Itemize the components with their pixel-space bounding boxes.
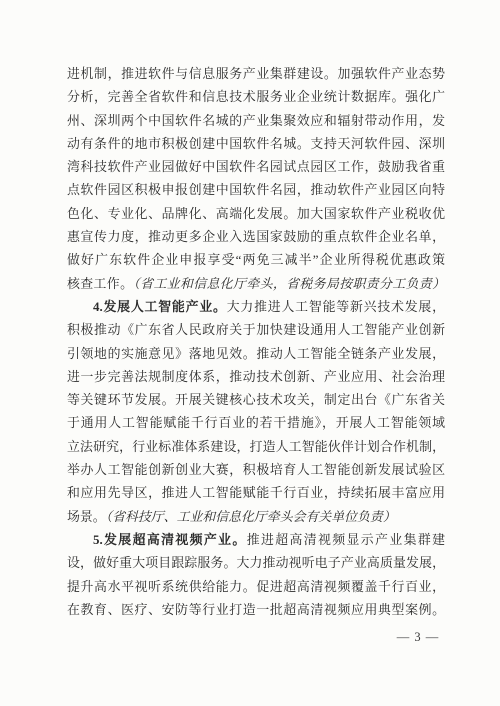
text-line: 州、深圳两个中国软件名城的产业集聚效应和辐射带动作用，发 [67,110,445,133]
body-text: 州、深圳两个中国软件名城的产业集聚效应和辐射带动作用，发 [67,114,445,128]
body-text: 设，做好重大项目跟踪服务。大力推动视听电子产业高质量发展， [67,556,445,570]
body-text: 做好广东软件企业申报享受“两免三减半”企业所得税优惠政策 [67,253,445,267]
body-text: 举办人工智能创新创业大赛，积极培育人工智能创新发展试验区 [67,463,445,477]
text-line: 做好广东软件企业申报享受“两免三减半”企业所得税优惠政策 [67,249,445,272]
text-line: 积极推动《广东省人民政府关于加快建设通用人工智能产业创新 [67,319,445,342]
body-text: 等关键环节发展。开展关键核心技术攻关，制定出台《广东省关 [67,393,445,407]
text-line: 设，做好重大项目跟踪服务。大力推动视听电子产业高质量发展， [67,552,445,575]
text-line: 湾科技软件产业园做好中国软件名园试点园区工作，鼓励我省重 [67,156,445,179]
responsible-unit-note: （省科技厅、工业和信息化厅牵头会有关单位负责） [106,510,396,524]
body-text: 和应用先导区，推进人工智能赋能千行百业，持续拓展丰富应用 [67,486,445,500]
text-line: 5.发展超高清视频产业。推进超高清视频显示产业集群建 [67,529,445,552]
body-text: 场景。 [67,510,106,524]
text-line: 进机制，推进软件与信息服务产业集群建设。加强软件产业态势 [67,63,445,86]
text-line: 提升高水平视听系统供给能力。促进超高清视频覆盖千行百业， [67,576,445,599]
page-number: — 3 — [391,628,445,646]
body-text: 推进超高清视频显示产业集群建 [247,533,445,547]
body-text: 于通用人工智能赋能千行百业的若干措施》，开展人工智能领域 [67,416,445,430]
text-line: 点软件园区积极申报创建中国软件名园，推动软件产业园区向特 [67,179,445,202]
text-line: 动有条件的地市积极创建中国软件名城。支持天河软件园、深圳 [67,133,445,156]
text-line: 举办人工智能创新创业大赛，积极培育人工智能创新发展试验区 [67,459,445,482]
body-text: 进机制，推进软件与信息服务产业集群建设。加强软件产业态势 [67,67,445,81]
text-line: 进一步完善法规制度体系，推动技术创新、产业应用、社会治理 [67,366,445,389]
body-text: 进一步完善法规制度体系，推动技术创新、产业应用、社会治理 [67,370,445,384]
document-body: 进机制，推进软件与信息服务产业集群建设。加强软件产业态势分析，完善全省软件和信息… [67,63,445,622]
body-text: 点软件园区积极申报创建中国软件名园，推动软件产业园区向特 [67,183,445,197]
text-line: 立法研究，行业标准体系建设，打造人工智能伙伴计划合作机制， [67,436,445,459]
body-text: 动有条件的地市积极创建中国软件名城。支持天河软件园、深圳 [67,137,445,151]
body-text: 引领地的实施意见》落地见效。推动人工智能全链条产业发展， [67,347,445,361]
body-text: 在教育、医疗、安防等行业打造一批超高清视频应用典型案例。 [67,603,445,617]
document-page: 进机制，推进软件与信息服务产业集群建设。加强软件产业态势分析，完善全省软件和信息… [0,0,500,706]
body-text: 湾科技软件产业园做好中国软件名园试点园区工作，鼓励我省重 [67,160,445,174]
text-line: 核查工作。（省工业和信息化厅牵头，省税务局按职责分工负责） [67,273,445,296]
text-line: 在教育、医疗、安防等行业打造一批超高清视频应用典型案例。 [67,599,445,622]
paragraph-heading: 4.发展人工智能产业。 [93,300,227,314]
text-line: 惠宣传力度，推动更多企业入选国家鼓励的重点软件企业名单， [67,226,445,249]
body-text: 惠宣传力度，推动更多企业入选国家鼓励的重点软件企业名单， [67,230,445,244]
text-line: 等关键环节发展。开展关键核心技术攻关，制定出台《广东省关 [67,389,445,412]
body-text: 立法研究，行业标准体系建设，打造人工智能伙伴计划合作机制， [67,440,445,454]
text-line: 场景。（省科技厅、工业和信息化厅牵头会有关单位负责） [67,506,445,529]
body-text: 积极推动《广东省人民政府关于加快建设通用人工智能产业创新 [67,323,445,337]
responsible-unit-note: （省工业和信息化厅牵头，省税务局按职责分工负责） [133,277,445,291]
body-text: 提升高水平视听系统供给能力。促进超高清视频覆盖千行百业， [67,580,445,594]
text-line: 和应用先导区，推进人工智能赋能千行百业，持续拓展丰富应用 [67,482,445,505]
body-text: 大力推进人工智能等新兴技术发展， [227,300,445,314]
text-line: 4.发展人工智能产业。大力推进人工智能等新兴技术发展， [67,296,445,319]
text-line: 分析，完善全省软件和信息技术服务业企业统计数据库。强化广 [67,86,445,109]
body-text: 核查工作。 [67,277,133,291]
body-text: 分析，完善全省软件和信息技术服务业企业统计数据库。强化广 [67,90,445,104]
text-line: 色化、专业化、品牌化、高端化发展。加大国家软件产业税收优 [67,203,445,226]
text-line: 于通用人工智能赋能千行百业的若干措施》，开展人工智能领域 [67,412,445,435]
body-text: 色化、专业化、品牌化、高端化发展。加大国家软件产业税收优 [67,207,445,221]
paragraph-heading: 5.发展超高清视频产业。 [93,533,247,547]
text-line: 引领地的实施意见》落地见效。推动人工智能全链条产业发展， [67,343,445,366]
